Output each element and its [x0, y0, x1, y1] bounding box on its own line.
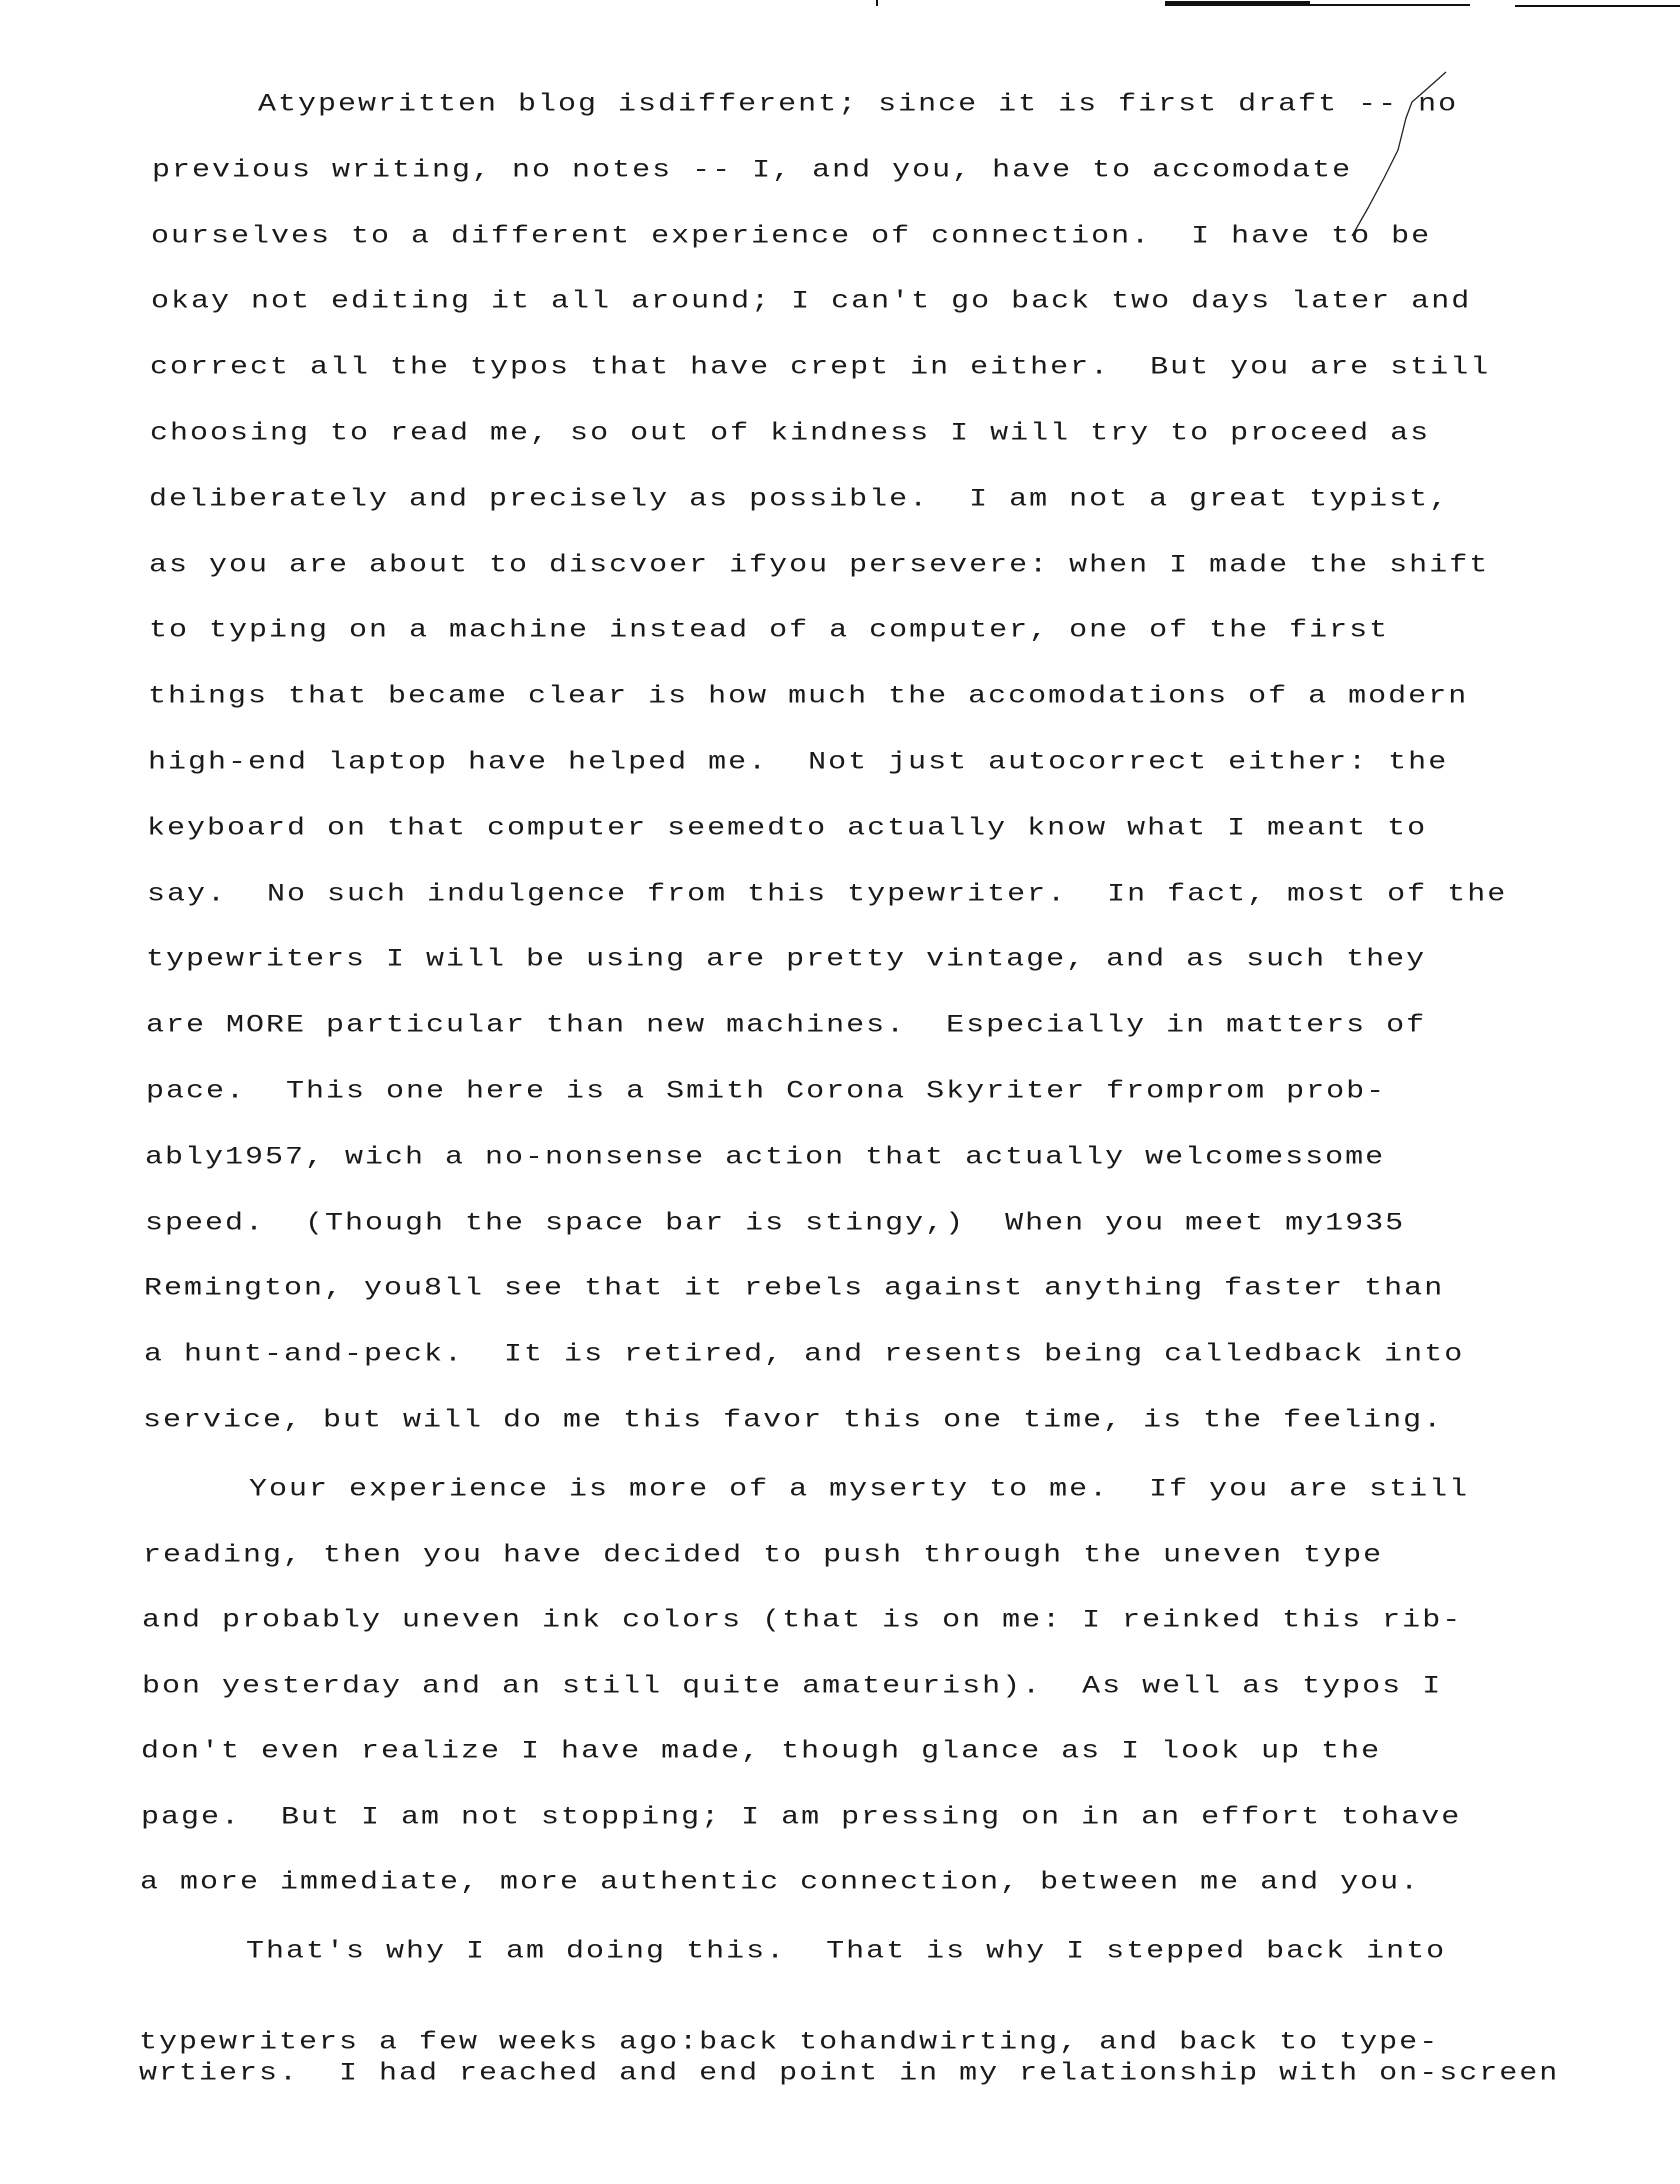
typed-line: speed. (Though the space bar is stingy,)… [145, 1211, 1405, 1236]
typed-line: ourselves to a different experience of c… [151, 224, 1431, 249]
typed-line: Your experience is more of a myserty to … [249, 1477, 1469, 1502]
typed-line: are MORE particular than new machines. E… [146, 1014, 1426, 1039]
typed-line: to typing on a machine instead of a comp… [149, 619, 1389, 644]
typed-line: keyboard on that computer seemedto actua… [147, 816, 1427, 841]
typed-line: okay not editing it all around; I can't … [151, 290, 1471, 315]
typed-line: ably1957, wich a no-nonsense action that… [145, 1145, 1385, 1170]
typed-line: Atypewritten blog isdifferent; since it … [258, 92, 1458, 117]
typed-line: deliberately and precisely as possible. … [149, 487, 1449, 512]
typed-line: service, but will do me this favor this … [143, 1408, 1443, 1433]
typed-line: Remington, you8ll see that it rebels aga… [144, 1277, 1444, 1302]
typed-line: and probably uneven ink colors (that is … [142, 1608, 1462, 1633]
typed-line: typewriters a few weeks ago:back tohandw… [139, 2030, 1439, 2055]
typed-line: a hunt-and-peck. It is retired, and rese… [144, 1343, 1464, 1368]
typed-line: previous writing, no notes -- I, and you… [152, 158, 1352, 183]
typed-line: choosing to read me, so out of kindness … [150, 421, 1430, 446]
typed-line: That's why I am doing this. That is why … [246, 1939, 1446, 1964]
typed-line: correct all the typos that have crept in… [150, 356, 1490, 381]
scan-streak [1305, 4, 1470, 6]
typed-line: bon yesterday and an still quite amateur… [142, 1674, 1442, 1699]
scan-streak [1165, 1, 1310, 6]
typed-line: high-end laptop have helped me. Not just… [148, 750, 1448, 775]
typed-line: don't even realize I have made, though g… [141, 1739, 1381, 1764]
typed-line: wrtiers. I had reached and end point in … [139, 2061, 1559, 2086]
typed-line: page. But I am not stopping; I am pressi… [141, 1805, 1461, 1830]
typed-line: things that became clear is how much the… [148, 685, 1468, 710]
typewritten-page: Atypewritten blog isdifferent; since it … [0, 0, 1680, 2184]
typed-line: pace. This one here is a Smith Corona Sk… [146, 1079, 1386, 1104]
scan-tick [876, 0, 878, 6]
typed-line: say. No such indulgence from this typewr… [147, 882, 1507, 907]
typed-line: reading, then you have decided to push t… [143, 1543, 1383, 1568]
typed-line: a more immediate, more authentic connect… [140, 1870, 1420, 1895]
typed-line: as you are about to discvoer ifyou perse… [149, 553, 1489, 578]
typed-line: typewriters I will be using are pretty v… [146, 948, 1426, 973]
scan-streak [1515, 5, 1680, 7]
